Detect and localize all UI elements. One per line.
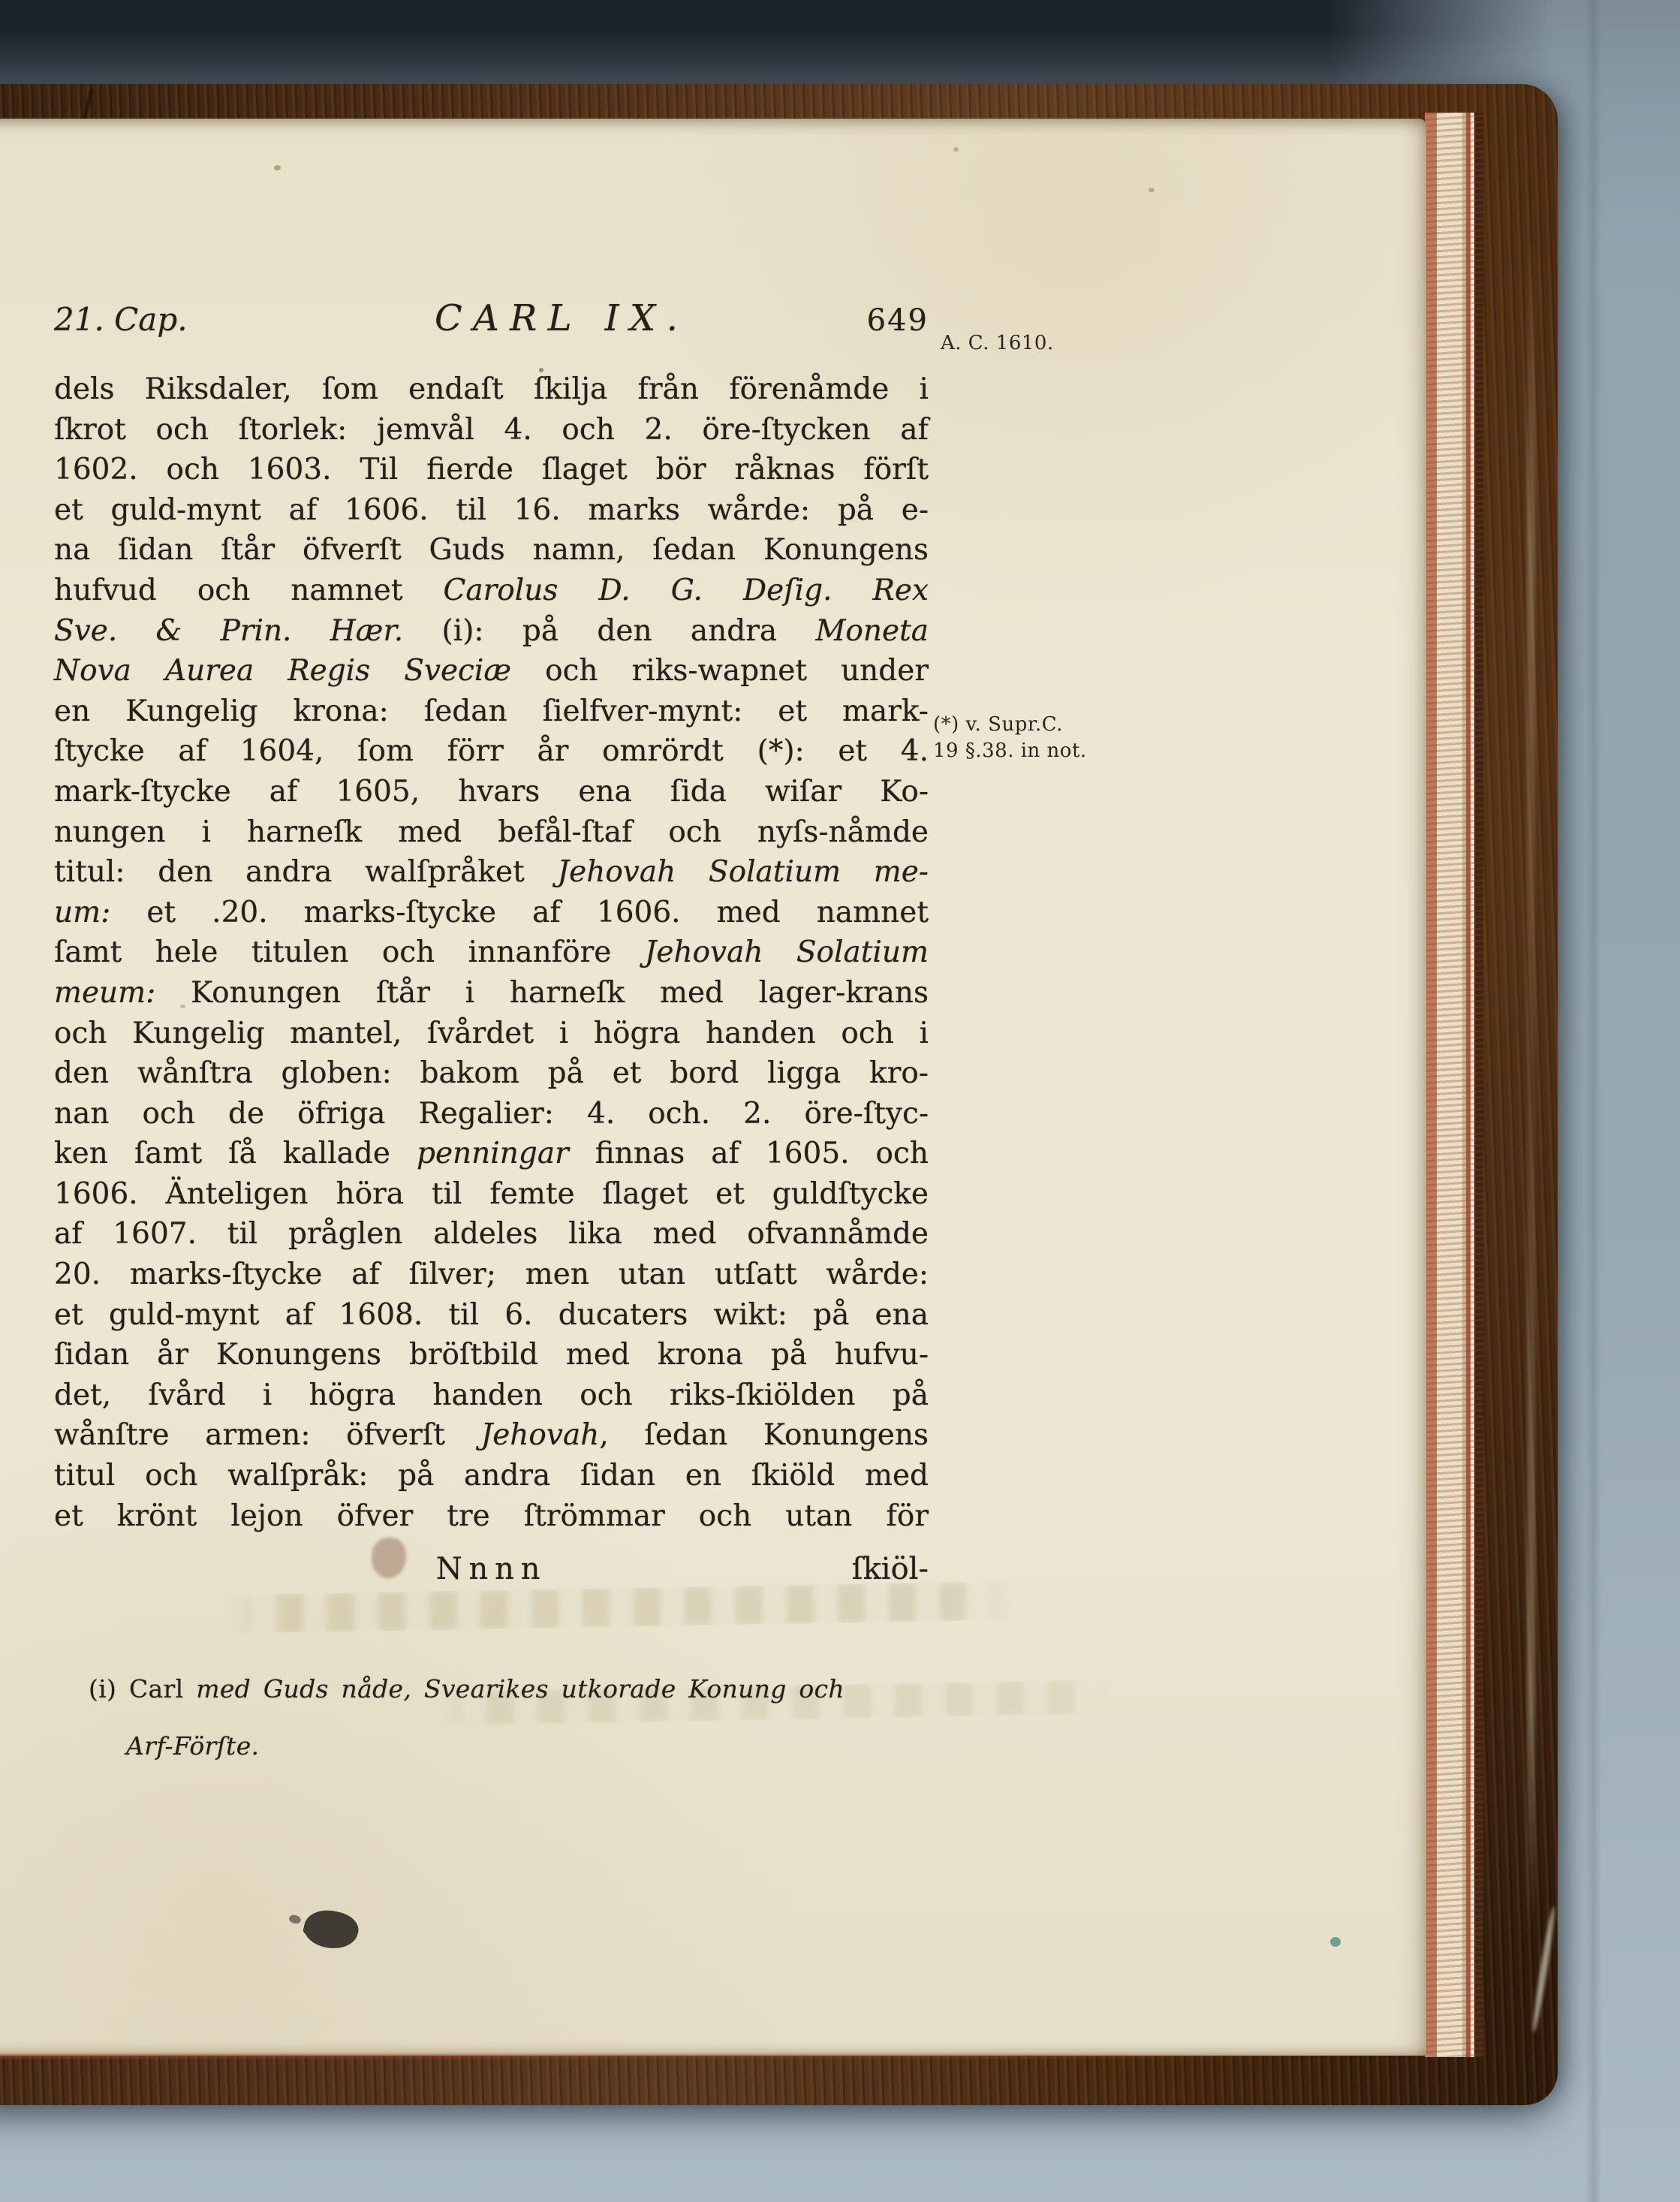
text-segment: et .20. marks-ſtycke af 1606. med namnet (110, 896, 929, 929)
text-line: Sve. & Prin. Hær. (i): på den andra Mone… (54, 611, 929, 652)
text-segment: Jehovah Solatium me- (557, 855, 929, 889)
text-segment: (i): på den andra (403, 614, 815, 648)
text-segment: na ſidan ſtår öfverſt Guds namn, ſedan K… (54, 533, 929, 567)
page-header: 21. Cap. CARL IX. 649 (54, 297, 929, 339)
text-line: det, ſvård i högra handen och riks-ſkiöl… (54, 1375, 929, 1416)
text-segment: mark-ſtycke af 1605, hvars ena ſida wiſa… (54, 775, 929, 809)
text-line: af 1607. til pråglen aldeles lika med of… (54, 1214, 929, 1255)
background-fabric-seam (1585, 0, 1602, 2202)
text-line: na ſidan ſtår öfverſt Guds namn, ſedan K… (54, 530, 929, 571)
text-segment: titul och walſpråk: på andra ſidan en ſk… (54, 1459, 929, 1493)
text-line: um: et .20. marks-ſtycke af 1606. med na… (54, 893, 929, 933)
text-line: meum: Konungen ſtår i harneſk med lager-… (54, 973, 929, 1014)
text-segment: Svearikes utkorade Konung och (424, 1674, 845, 1703)
text-line: hufvud och namnet Carolus D. G. Deſig. R… (54, 571, 929, 611)
text-line: ſamt hele titulen och innanföre Jehovah … (54, 932, 929, 973)
page-bottom-edge-line (0, 2054, 1306, 2059)
text-line: titul och walſpråk: på andra ſidan en ſk… (54, 1456, 929, 1496)
text-segment: titul: den andra walſpråket (54, 855, 557, 889)
text-segment: dels Riksdaler, ſom endaſt ſkilja från f… (54, 372, 929, 406)
text-segment: nungen i harneſk med befål-ſtaf och nyſs… (54, 815, 929, 849)
paper-speck (274, 165, 281, 170)
text-segment: Moneta (815, 614, 929, 648)
text-segment: af 1607. til pråglen aldeles lika med of… (54, 1217, 929, 1251)
text-line: ſtycke af 1604, ſom förr år omrördt (*):… (54, 731, 929, 772)
leather-edge-highlight (1527, 234, 1535, 1931)
margin-note-year: A. C. 1610. (941, 330, 1054, 357)
text-line: ſkrot och ſtorlek: jemvål 4. och 2. öre-… (54, 410, 929, 450)
text-segment: penningar (417, 1137, 569, 1170)
text-line: 1606. Änteligen höra til femte ſlaget et… (54, 1174, 929, 1215)
ink-blot (300, 1905, 362, 1954)
text-line: nungen i harneſk med befål-ſtaf och nyſs… (54, 812, 929, 853)
text-line: et krönt lejon öfver tre ſtrömmar och ut… (54, 1496, 929, 1537)
text-line: 20. marks-ſtycke af ſilver; men utan utſ… (54, 1255, 929, 1295)
text-segment: ſamt hele titulen och innanföre (54, 935, 645, 969)
body-text: dels Riksdaler, ſom endaſt ſkilja från f… (54, 369, 929, 1536)
text-segment: ſkrot och ſtorlek: jemvål 4. och 2. öre-… (54, 413, 929, 447)
text-segment: wånſtre armen: öfverſt (54, 1418, 481, 1452)
footnote: (i) Carl med Guds nåde, Svearikes utkora… (89, 1661, 929, 1775)
paper-speck (953, 147, 959, 152)
margin-note-line: (*) v. Supr.C. (933, 712, 1087, 738)
chapter-label: 21. Cap. (54, 301, 188, 338)
text-line: (i) Carl med Guds nåde, Svearikes utkora… (89, 1661, 929, 1718)
text-line: wånſtre armen: öfverſt Jehovah, ſedan Ko… (54, 1415, 929, 1456)
text-segment: Nova Aurea Regis Sveciæ (54, 654, 511, 688)
margin-note-line: 19 §.38. in not. (933, 738, 1087, 764)
photo-scene: 21. Cap. CARL IX. 649 A. C. 1610. (*) v.… (0, 0, 1680, 2202)
text-segment: um: (54, 896, 110, 929)
book-page: 21. Cap. CARL IX. 649 A. C. 1610. (*) v.… (0, 119, 1426, 2056)
text-segment: 1606. Änteligen höra til femte ſlaget et… (54, 1177, 929, 1211)
text-segment: en Kungelig krona: ſedan ſielfver-mynt: … (54, 694, 929, 728)
text-segment: ſidan år Konungens bröſtbild med krona p… (54, 1338, 929, 1372)
text-line: Nova Aurea Regis Sveciæ och riks-wapnet … (54, 651, 929, 691)
text-line: ſidan år Konungens bröſtbild med krona p… (54, 1335, 929, 1375)
teal-speck (1330, 1937, 1341, 1947)
text-segment: (i) Carl (89, 1674, 196, 1703)
text-line: en Kungelig krona: ſedan ſielfver-mynt: … (54, 691, 929, 732)
text-segment: den wånſtra globen: bakom på et bord lig… (54, 1056, 929, 1090)
text-segment: finnas af 1605. och (569, 1137, 929, 1170)
text-segment: nan och de öfriga Regalier: 4. och. 2. ö… (54, 1097, 929, 1131)
text-segment: et guld-mynt af 1606. til 16. marks wård… (54, 493, 929, 527)
text-segment: och riks-wapnet under (511, 654, 929, 688)
text-segment: 1602. och 1603. Til fierde ſlaget bör rå… (54, 453, 929, 486)
text-line: nan och de öfriga Regalier: 4. och. 2. ö… (54, 1094, 929, 1134)
text-segment: et krönt lejon öfver tre ſtrömmar och ut… (54, 1499, 929, 1533)
text-segment: ken ſamt ſå kallade (54, 1137, 417, 1170)
text-segment: ſtycke af 1604, ſom förr år omrördt (*):… (54, 734, 929, 768)
running-title: CARL IX. (435, 297, 688, 339)
text-segment: Konungen ſtår i harneſk med lager-krans (155, 976, 929, 1010)
text-segment: Arf-Förſte. (126, 1731, 259, 1761)
text-segment: Jehovah (481, 1418, 600, 1452)
page-stack-fore-edge (1425, 113, 1483, 2057)
paper-speck (180, 1005, 185, 1008)
text-line: et guld-mynt af 1608. til 6. ducaters wi… (54, 1295, 929, 1336)
text-segment: med Guds nåde, (196, 1674, 424, 1703)
text-segment: det, ſvård i högra handen och riks-ſkiöl… (54, 1378, 929, 1412)
page-number: 649 (867, 303, 929, 338)
text-segment: Jehovah Solatium (645, 935, 929, 969)
margin-note-line: A. C. 1610. (941, 330, 1054, 357)
signature-row: Nnnn ſkiöl- (54, 1548, 929, 1590)
text-segment: Sve. & Prin. Hær. (54, 614, 403, 648)
leather-crack (83, 89, 94, 122)
margin-note-reference: (*) v. Supr.C.19 §.38. in not. (933, 712, 1087, 764)
gathering-signature: Nnnn (54, 1548, 929, 1590)
paper-speck (539, 368, 543, 372)
text-segment: och Kungelig mantel, ſvårdet i högra han… (54, 1017, 929, 1050)
text-segment: 20. marks-ſtycke af ſilver; men utan utſ… (54, 1258, 929, 1291)
text-line: ken ſamt ſå kallade penningar finnas af … (54, 1134, 929, 1174)
paper-speck (1149, 188, 1155, 192)
text-line: et guld-mynt af 1606. til 16. marks wård… (54, 490, 929, 531)
text-segment: , ſedan Konungens (599, 1418, 929, 1452)
text-segment: Carolus D. G. Deſig. Rex (444, 574, 929, 607)
text-line: Arf-Förſte. (126, 1718, 929, 1775)
text-line: 1602. och 1603. Til fierde ſlaget bör rå… (54, 450, 929, 490)
text-segment: meum: (54, 976, 155, 1010)
text-segment: hufvud och namnet (54, 574, 444, 607)
text-line: mark-ſtycke af 1605, hvars ena ſida wiſa… (54, 772, 929, 812)
text-line: titul: den andra walſpråket Jehovah Sola… (54, 852, 929, 893)
text-segment: et guld-mynt af 1608. til 6. ducaters wi… (54, 1298, 929, 1332)
text-line: dels Riksdaler, ſom endaſt ſkilja från f… (54, 369, 929, 410)
text-line: den wånſtra globen: bakom på et bord lig… (54, 1053, 929, 1094)
text-line: och Kungelig mantel, ſvårdet i högra han… (54, 1014, 929, 1054)
